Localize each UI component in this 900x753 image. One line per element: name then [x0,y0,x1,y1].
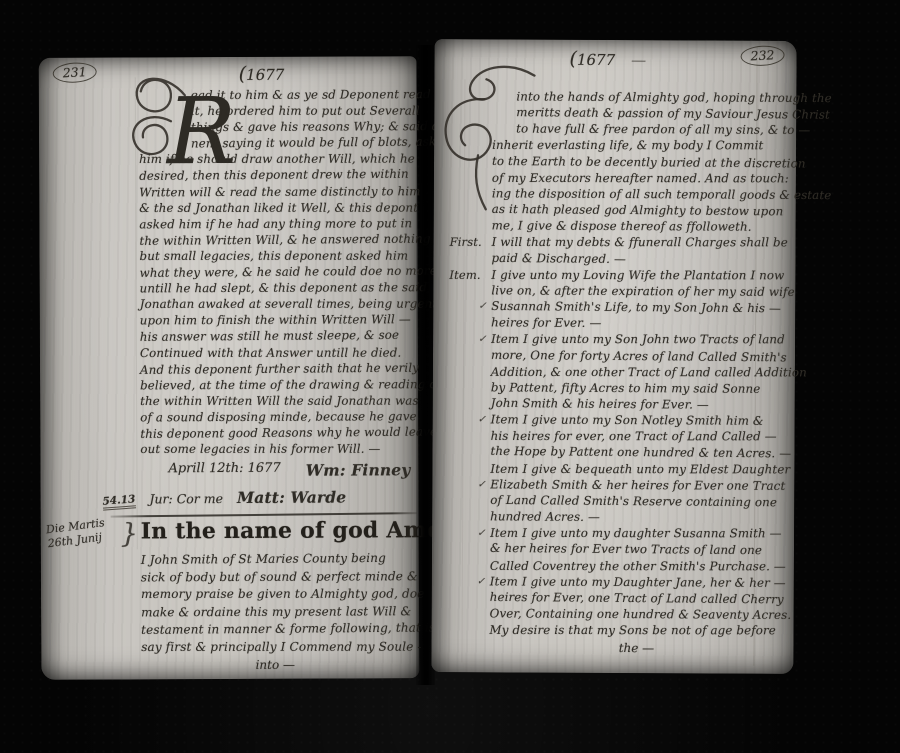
fee-mark: 54.13 [102,493,136,510]
manuscript-line: untill he had slept, & this deponent as … [140,279,410,296]
manuscript-line: by Pattent, fifty Acres to him my said S… [491,379,785,397]
manuscript-line: Continued with that Answer untill he die… [140,344,410,360]
manuscript-line: Addition, & one other Tract of Land call… [491,364,785,381]
manuscript-line: out some legacies in his former Will. — [140,441,410,457]
margin-check-mark: ✓ [478,299,487,315]
will-opening-text: I John Smith of St Maries County beingsi… [141,550,409,657]
manuscript-line: of a sound disposing minde, because he g… [140,408,410,425]
deposition-text: ead it to him & as ye sd Deponent readit… [139,86,411,457]
manuscript-line: his answer was still he must sleepe, & s… [140,327,410,345]
manuscript-line: heires for Ever. — [491,315,785,333]
manuscript-line: nent saying it would be full of blots, a… [139,134,409,152]
manuscript-line: say first & principally I Commend my Sou… [141,639,409,657]
manuscript-line: me, I give & dispose thereof as ffollowe… [492,218,786,236]
manuscript-line: Item.I give unto my Loving Wife the Plan… [491,267,785,284]
manuscript-line: the within Written Will, & he answered n… [139,231,409,249]
manuscript-line: the within Written Will the said Jonatha… [140,392,410,408]
catchword-left: into — [141,657,409,672]
manuscript-line: what they were, & he said he could doe n… [140,263,410,281]
manuscript-line: asked him if he had any thing more to pu… [139,215,409,232]
date-signature-row: Aprill 12th: 1677 Wm: Finney [140,460,412,480]
manuscript-line: ✓Item I give unto my Son Notley Smith hi… [491,411,785,429]
manuscript-line: ✓Item I give unto my Son John two Tracts… [491,331,785,348]
margin-check-mark: ✓ [478,412,487,428]
manuscript-line: but small legacies, this deponent asked … [140,248,410,264]
manuscript-line: testament in manner & forme following, t… [141,620,409,640]
manuscript-line: meritts death & passion of my Saviour Je… [492,104,786,123]
jurat-row: 54.13 Jur: Cor me Matt: Warde [103,487,347,509]
manuscript-line: to have full & free pardon of all my sin… [492,121,786,139]
manuscript-line: to the Earth to be decently buried at th… [492,153,786,172]
manuscript-line: ✓Susannah Smith's Life, to my Son John &… [491,298,785,317]
manuscript-line: memory praise be given to Almighty god, … [141,586,409,604]
manuscript-line: more, One for forty Acres of land Called… [491,346,785,365]
manuscript-line: John Smith & his heires for Ever. — [491,395,785,414]
year-dash: — [631,51,646,69]
manuscript-line: him if he should draw another Will, whic… [139,151,409,167]
manuscript-line: ✓Item I give unto my Daughter Jane, her … [490,573,784,591]
manuscript-line: & her heires for Ever two Tracts of land… [490,540,784,559]
jurat-text: Jur: Cor me [149,491,223,506]
manuscript-line: ✓Item I give unto my daughter Susanna Sm… [490,525,784,542]
manuscript-line: ead it to him & as ye sd Deponent read [139,86,409,103]
page-number: 232 [740,45,785,67]
manuscript-line: And this deponent further saith that he … [140,359,410,377]
manuscript-line: heires for Ever, one Tract of Land calle… [490,589,784,608]
margin-check-mark: ✓ [477,477,486,493]
manuscript-line: of my Executors hereafter named. And as … [492,170,786,187]
manuscript-line: My desire is that my Sons be not of age … [490,622,784,639]
manuscript-line: of Land Called Smith's Reserve containin… [490,492,784,511]
manuscript-line: First.I will that my debts & ffunerall C… [492,234,786,251]
manuscript-line: hundred Acres. — [490,508,784,526]
manuscript-line: paid & Discharged. — [491,249,785,268]
page-number: 231 [52,61,97,83]
manuscript-page-right: (1677— 232 into the hands of Almighty go… [431,39,796,674]
margin-check-mark: ✓ [477,574,486,590]
margin-check-mark: ✓ [478,332,487,348]
will-body-text: into the hands of Almighty god, hoping t… [490,88,787,639]
margin-date-note: Die Martis 26th Junij [45,516,107,551]
manuscript-page-left: 231 (1677 R ead it to him & as ye sd Dep… [39,56,420,680]
manuscript-line: the Hope by Pattent one hundred & ten Ac… [490,443,784,462]
manuscript-line: Called Coventrey the other Smith's Purch… [490,557,784,574]
scanned-book-spread: 231 (1677 R ead it to him & as ye sd Dep… [0,0,900,753]
date-line: Aprill 12th: 1677 [168,461,280,480]
catchword-right: the — [489,640,783,656]
year-header: (1677— [570,48,647,70]
manuscript-line: as it hath pleased god Almighty to besto… [492,201,786,220]
clerk-signature: Matt: Warde [237,487,346,506]
margin-item-label: First. [450,234,490,250]
manuscript-line: Over, Containing one hundred & Seaventy … [490,605,784,623]
manuscript-line: desired, then this deponent drew the wit… [139,166,409,184]
manuscript-line: inherit everlasting life, & my body I Co… [492,137,786,154]
margin-check-mark: ✓ [477,526,486,542]
manuscript-line: Written will & read the same distinctly … [139,183,409,200]
manuscript-line: it, he ordered him to put out Severall [139,103,409,119]
manuscript-line: I John Smith of St Maries County being [141,550,409,570]
margin-brace: } [121,518,138,549]
manuscript-line: Item I give & bequeath unto my Eldest Da… [490,461,784,478]
margin-item-label: Item. [449,267,489,283]
manuscript-line: make & ordaine this my present last Will… [141,603,409,622]
manuscript-line: ✓Elizabeth Smith & her heires for Ever o… [490,476,784,494]
manuscript-line: Jonathan awaked at severall times, being… [140,296,410,312]
witness-signature: Wm: Finney [306,460,411,479]
year-header: (1677 [239,63,285,85]
manuscript-line: believed, at the time of the drawing & r… [140,376,410,393]
manuscript-line: this deponent good Reasons why he would … [140,424,410,442]
manuscript-line: & the sd Jonathan liked it Well, & this … [139,199,409,215]
manuscript-line: sick of body but of sound & perfect mind… [141,568,409,587]
